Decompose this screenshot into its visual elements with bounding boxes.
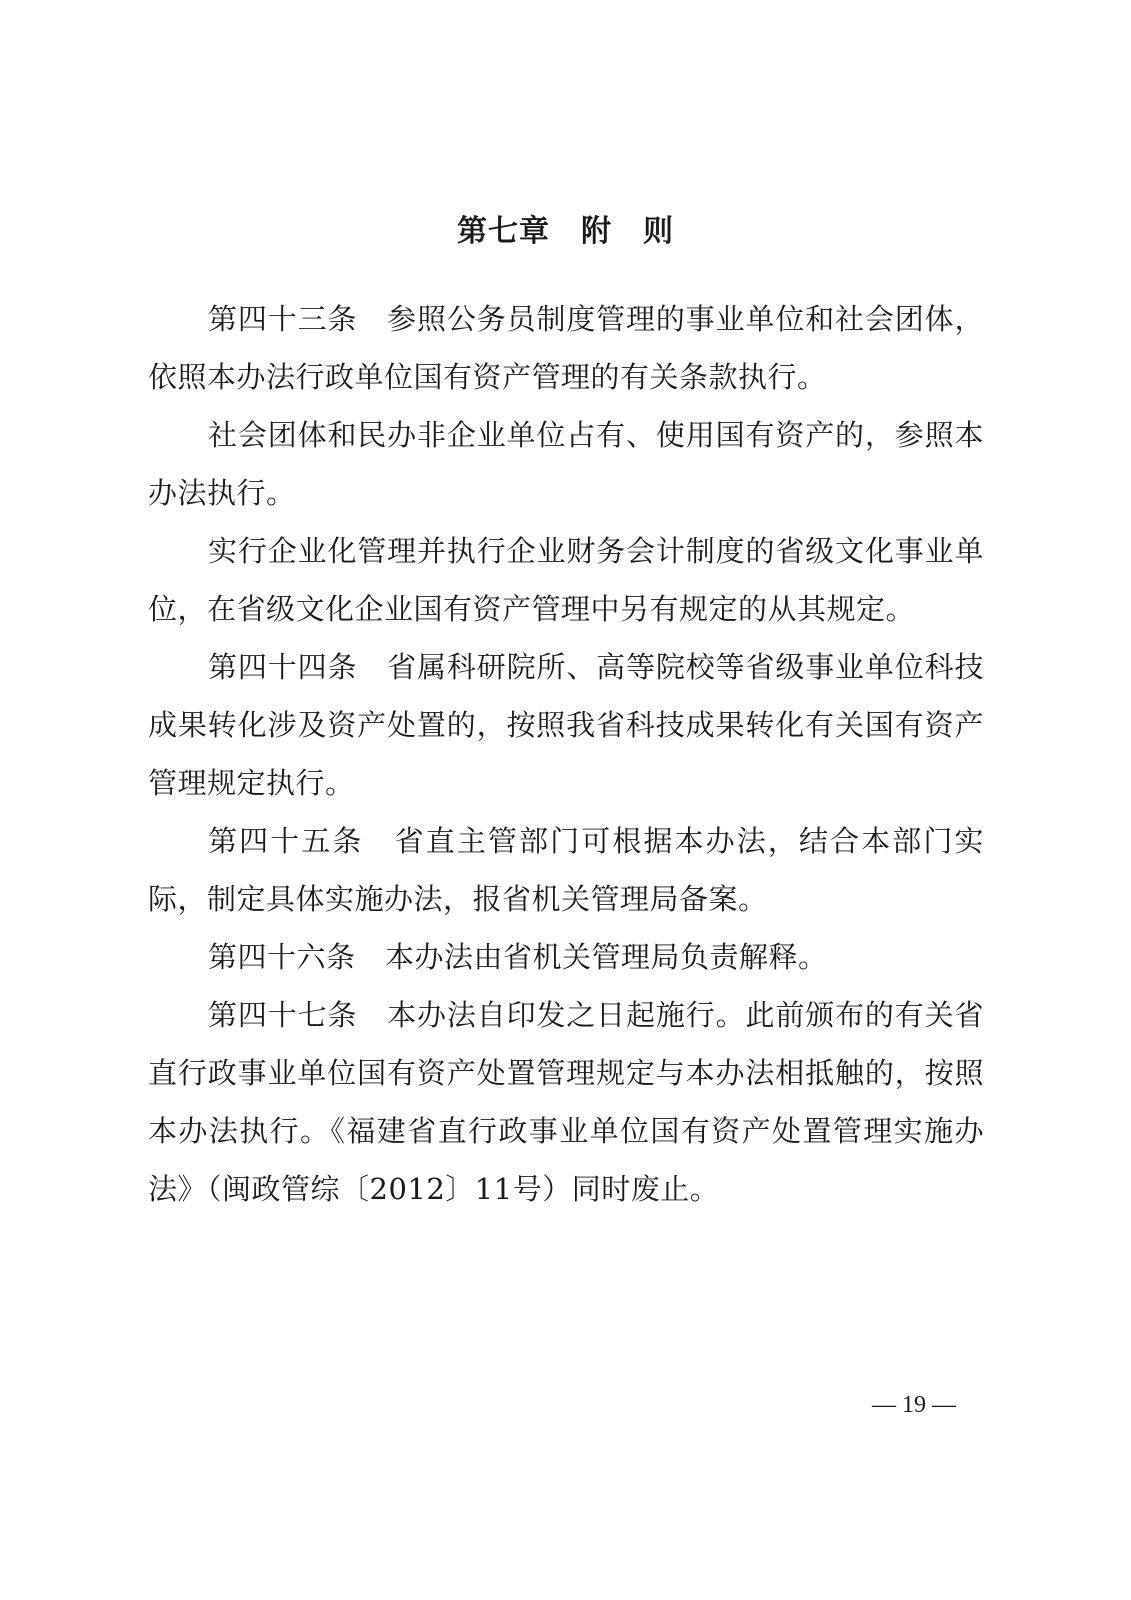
article-44-line-1: 第四十四条 省属科研院所、高等院校等省级事业单位科技 bbox=[148, 638, 984, 696]
page-number: — 19 — bbox=[872, 1392, 956, 1419]
article-45-line-2: 际，制定具体实施办法，报省机关管理局备案。 bbox=[148, 870, 984, 928]
document-page: 第七章 附 则 第四十三条 参照公务员制度管理的事业单位和社会团体， 依照本办法… bbox=[0, 0, 1131, 1600]
article-46-line-1: 第四十六条 本办法由省机关管理局负责解释。 bbox=[148, 928, 984, 986]
article-43-line-2: 依照本办法行政单位国有资产管理的有关条款执行。 bbox=[148, 348, 984, 406]
article-44-line-2: 成果转化涉及资产处置的，按照我省科技成果转化有关国有资产 bbox=[148, 696, 984, 754]
document-body: 第四十三条 参照公务员制度管理的事业单位和社会团体， 依照本办法行政单位国有资产… bbox=[148, 290, 984, 1218]
article-43-line-1: 第四十三条 参照公务员制度管理的事业单位和社会团体， bbox=[148, 290, 984, 348]
article-47-line-2: 直行政事业单位国有资产处置管理规定与本办法相抵触的，按照 bbox=[148, 1044, 984, 1102]
article-47-line-1: 第四十七条 本办法自印发之日起施行。此前颁布的有关省 bbox=[148, 986, 984, 1044]
article-47-line-3: 本办法执行。《福建省直行政事业单位国有资产处置管理实施办 bbox=[148, 1102, 984, 1160]
article-45-line-1: 第四十五条 省直主管部门可根据本办法，结合本部门实 bbox=[148, 812, 984, 870]
article-43-para3-line-1: 实行企业化管理并执行企业财务会计制度的省级文化事业单 bbox=[148, 522, 984, 580]
chapter-title: 第七章 附 则 bbox=[0, 206, 1131, 250]
article-44-line-3: 管理规定执行。 bbox=[148, 754, 984, 812]
article-43-para2-line-2: 办法执行。 bbox=[148, 464, 984, 522]
article-43-para3-line-2: 位，在省级文化企业国有资产管理中另有规定的从其规定。 bbox=[148, 580, 984, 638]
article-47-line-4: 法》（闽政管综〔2012〕11号）同时废止。 bbox=[148, 1160, 984, 1218]
article-43-para2-line-1: 社会团体和民办非企业单位占有、使用国有资产的，参照本 bbox=[148, 406, 984, 464]
